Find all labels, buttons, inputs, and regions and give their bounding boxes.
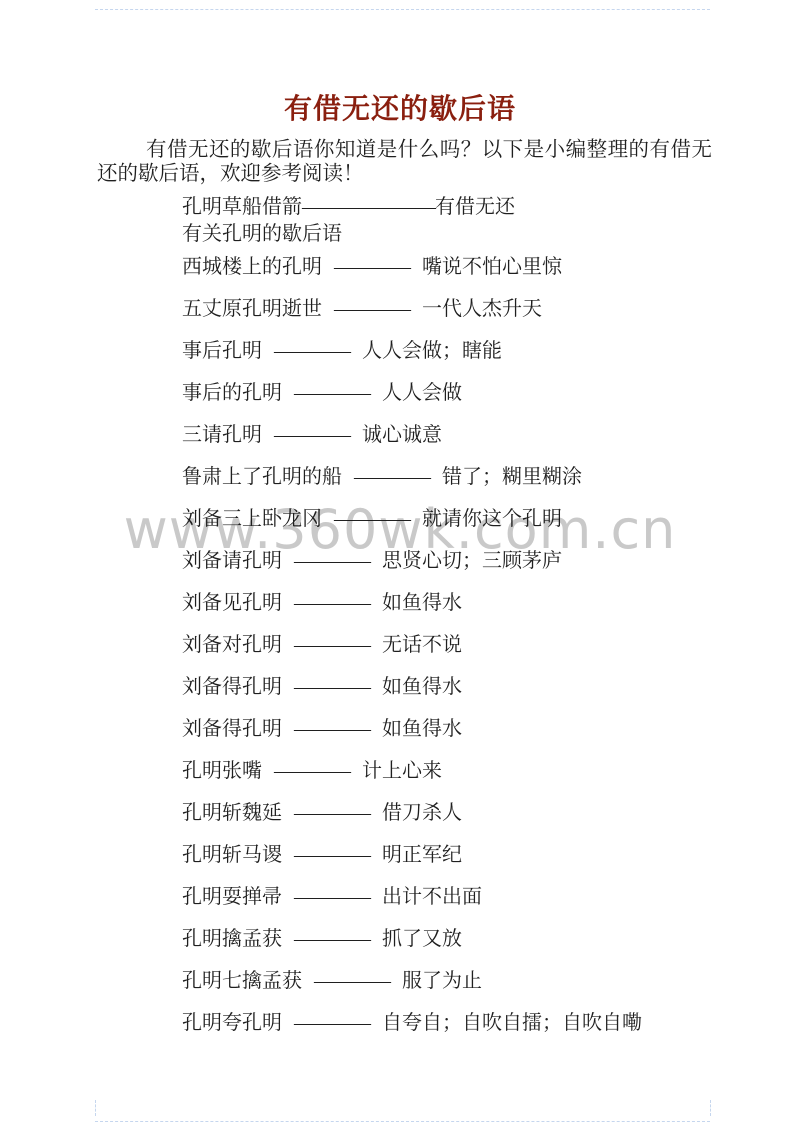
item-separator: ————	[294, 634, 370, 656]
document-page: 有借无还的歇后语 有借无还的歇后语你知道是什么吗？以下是小编整理的有借无还的歇后…	[0, 0, 800, 1132]
item-separator: ————	[354, 466, 430, 488]
item-tail: 有借无还	[435, 196, 515, 218]
item-lead: 孔明七擒孟获	[182, 970, 302, 992]
item-tail: 抓了又放	[382, 928, 462, 950]
item-lead: 刘备对孔明	[182, 634, 282, 656]
item-tail: 借刀杀人	[382, 802, 462, 824]
item-separator: ————	[334, 298, 410, 320]
text-boundary-top	[95, 9, 710, 10]
list-item: 孔明张嘴————计上心来	[182, 761, 800, 782]
item-tail: 如鱼得水	[382, 676, 462, 698]
list-item: 孔明草船借箭———————有借无还	[182, 197, 800, 218]
item-separator: ————	[294, 550, 370, 572]
list-item: 鲁肃上了孔明的船————错了；糊里糊涂	[182, 467, 800, 488]
list-item: 事后的孔明————人人会做	[182, 383, 800, 404]
item-separator: ————	[334, 508, 410, 530]
item-tail: 错了；糊里糊涂	[442, 466, 582, 488]
item-lead: 有关孔明的歇后语	[182, 223, 342, 245]
item-separator: ———————	[302, 196, 435, 218]
item-lead: 刘备见孔明	[182, 592, 282, 614]
item-separator: ————	[274, 424, 350, 446]
item-separator: ————	[294, 802, 370, 824]
xiehouyu-list: 孔明草船借箭———————有借无还有关孔明的歇后语西城楼上的孔明————嘴说不怕…	[182, 197, 800, 1034]
list-item: 事后孔明————人人会做；瞎能	[182, 341, 800, 362]
item-lead: 事后的孔明	[182, 382, 282, 404]
item-tail: 诚心诚意	[362, 424, 442, 446]
item-tail: 计上心来	[362, 760, 442, 782]
item-lead: 刘备得孔明	[182, 676, 282, 698]
list-item: 孔明夸孔明————自夸自；自吹自擂；自吹自嘞	[182, 1013, 800, 1034]
item-tail: 嘴说不怕心里惊	[422, 256, 562, 278]
item-lead: 孔明擒孟获	[182, 928, 282, 950]
item-lead: 孔明耍掸帚	[182, 886, 282, 908]
item-lead: 刘备三上卧龙冈	[182, 508, 322, 530]
item-separator: ————	[294, 382, 370, 404]
item-lead: 孔明夸孔明	[182, 1012, 282, 1034]
list-item: 孔明七擒孟获————服了为止	[182, 971, 800, 992]
item-separator: ————	[294, 886, 370, 908]
item-separator: ————	[294, 592, 370, 614]
intro-paragraph: 有借无还的歇后语你知道是什么吗？以下是小编整理的有借无还的歇后语，欢迎参考阅读！	[0, 138, 800, 186]
item-lead: 孔明张嘴	[182, 760, 262, 782]
item-separator: ————	[274, 760, 350, 782]
list-item: 三请孔明————诚心诚意	[182, 425, 800, 446]
list-item: 刘备得孔明————如鱼得水	[182, 677, 800, 698]
list-item: 西城楼上的孔明————嘴说不怕心里惊	[182, 257, 800, 278]
page-title: 有借无还的歇后语	[0, 0, 800, 126]
list-item: 刘备三上卧龙冈————就请你这个孔明	[182, 509, 800, 530]
item-tail: 出计不出面	[382, 886, 482, 908]
list-item: 有关孔明的歇后语	[182, 224, 800, 245]
item-separator: ————	[294, 676, 370, 698]
item-lead: 五丈原孔明逝世	[182, 298, 322, 320]
list-item: 刘备见孔明————如鱼得水	[182, 593, 800, 614]
text-boundary-bottom	[95, 1121, 710, 1122]
list-item: 孔明斩马谡————明正军纪	[182, 845, 800, 866]
item-separator: ————	[294, 928, 370, 950]
list-item: 刘备得孔明————如鱼得水	[182, 719, 800, 740]
item-separator: ————	[294, 844, 370, 866]
item-tail: 一代人杰升天	[422, 298, 542, 320]
item-separator: ————	[334, 256, 410, 278]
item-lead: 孔明斩魏延	[182, 802, 282, 824]
item-tail: 人人会做	[382, 382, 462, 404]
item-separator: ————	[314, 970, 390, 992]
item-tail: 无话不说	[382, 634, 462, 656]
item-tail: 如鱼得水	[382, 592, 462, 614]
item-tail: 明正军纪	[382, 844, 462, 866]
item-separator: ————	[274, 340, 350, 362]
item-tail: 就请你这个孔明	[422, 508, 562, 530]
list-item: 孔明擒孟获————抓了又放	[182, 929, 800, 950]
item-tail: 如鱼得水	[382, 718, 462, 740]
item-tail: 人人会做；瞎能	[362, 340, 502, 362]
item-lead: 刘备请孔明	[182, 550, 282, 572]
item-lead: 孔明斩马谡	[182, 844, 282, 866]
item-tail: 服了为止	[402, 970, 482, 992]
item-lead: 刘备得孔明	[182, 718, 282, 740]
item-tail: 自夸自；自吹自擂；自吹自嘞	[382, 1012, 642, 1034]
list-item: 五丈原孔明逝世————一代人杰升天	[182, 299, 800, 320]
boundary-tick-bottom-left	[95, 1100, 96, 1116]
item-separator: ————	[294, 1012, 370, 1034]
list-item: 刘备对孔明————无话不说	[182, 635, 800, 656]
list-item: 孔明耍掸帚————出计不出面	[182, 887, 800, 908]
item-lead: 西城楼上的孔明	[182, 256, 322, 278]
item-lead: 鲁肃上了孔明的船	[182, 466, 342, 488]
item-lead: 事后孔明	[182, 340, 262, 362]
list-item: 刘备请孔明————思贤心切；三顾茅庐	[182, 551, 800, 572]
boundary-tick-bottom-right	[710, 1100, 711, 1116]
item-lead: 孔明草船借箭	[182, 196, 302, 218]
list-item: 孔明斩魏延————借刀杀人	[182, 803, 800, 824]
item-separator: ————	[294, 718, 370, 740]
item-tail: 思贤心切；三顾茅庐	[382, 550, 562, 572]
item-lead: 三请孔明	[182, 424, 262, 446]
